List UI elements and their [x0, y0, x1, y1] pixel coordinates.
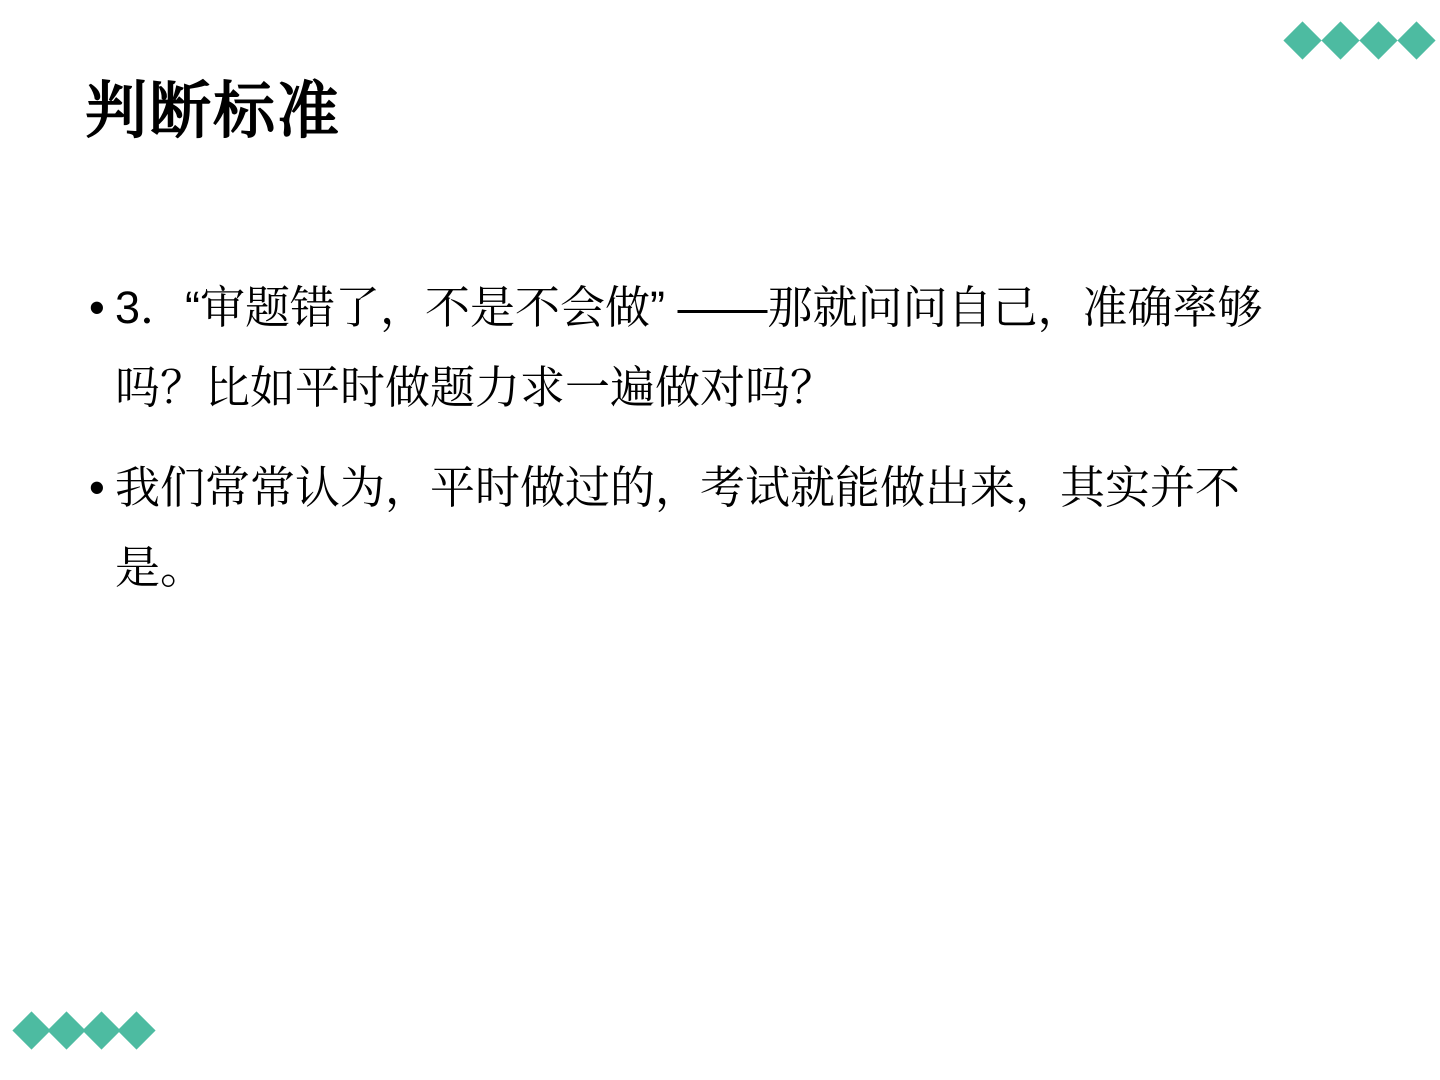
diamond-icon: [1359, 21, 1397, 59]
diamond-icon: [47, 1011, 85, 1049]
decor-diamonds-bottom-left: [18, 1017, 150, 1044]
bullet-list: • 3．“审题错了，不是不会做” ——那就问问自己，准确率够吗？比如平时做题力求…: [89, 268, 1301, 628]
decor-diamonds-top-right: [1289, 27, 1430, 54]
bullet-text: 我们常常认为，平时做过的，考试就能做出来，其实并不是。: [115, 462, 1240, 593]
bullet-icon: •: [89, 268, 105, 348]
diamond-icon: [12, 1011, 50, 1049]
diamond-icon: [117, 1011, 155, 1049]
diamond-icon: [1397, 21, 1435, 59]
diamond-icon: [1283, 21, 1321, 59]
page-title: 判断标准: [85, 72, 341, 153]
slide: 判断标准 • 3．“审题错了，不是不会做” ——那就问问自己，准确率够吗？比如平…: [0, 0, 1440, 1080]
diamond-icon: [82, 1011, 120, 1049]
diamond-icon: [1321, 21, 1359, 59]
list-item: • 3．“审题错了，不是不会做” ——那就问问自己，准确率够吗？比如平时做题力求…: [89, 268, 1301, 428]
bullet-icon: •: [89, 448, 105, 528]
list-item: • 我们常常认为，平时做过的，考试就能做出来，其实并不是。: [89, 448, 1301, 608]
bullet-text: 3．“审题错了，不是不会做” ——那就问问自己，准确率够吗？比如平时做题力求一遍…: [115, 282, 1263, 413]
